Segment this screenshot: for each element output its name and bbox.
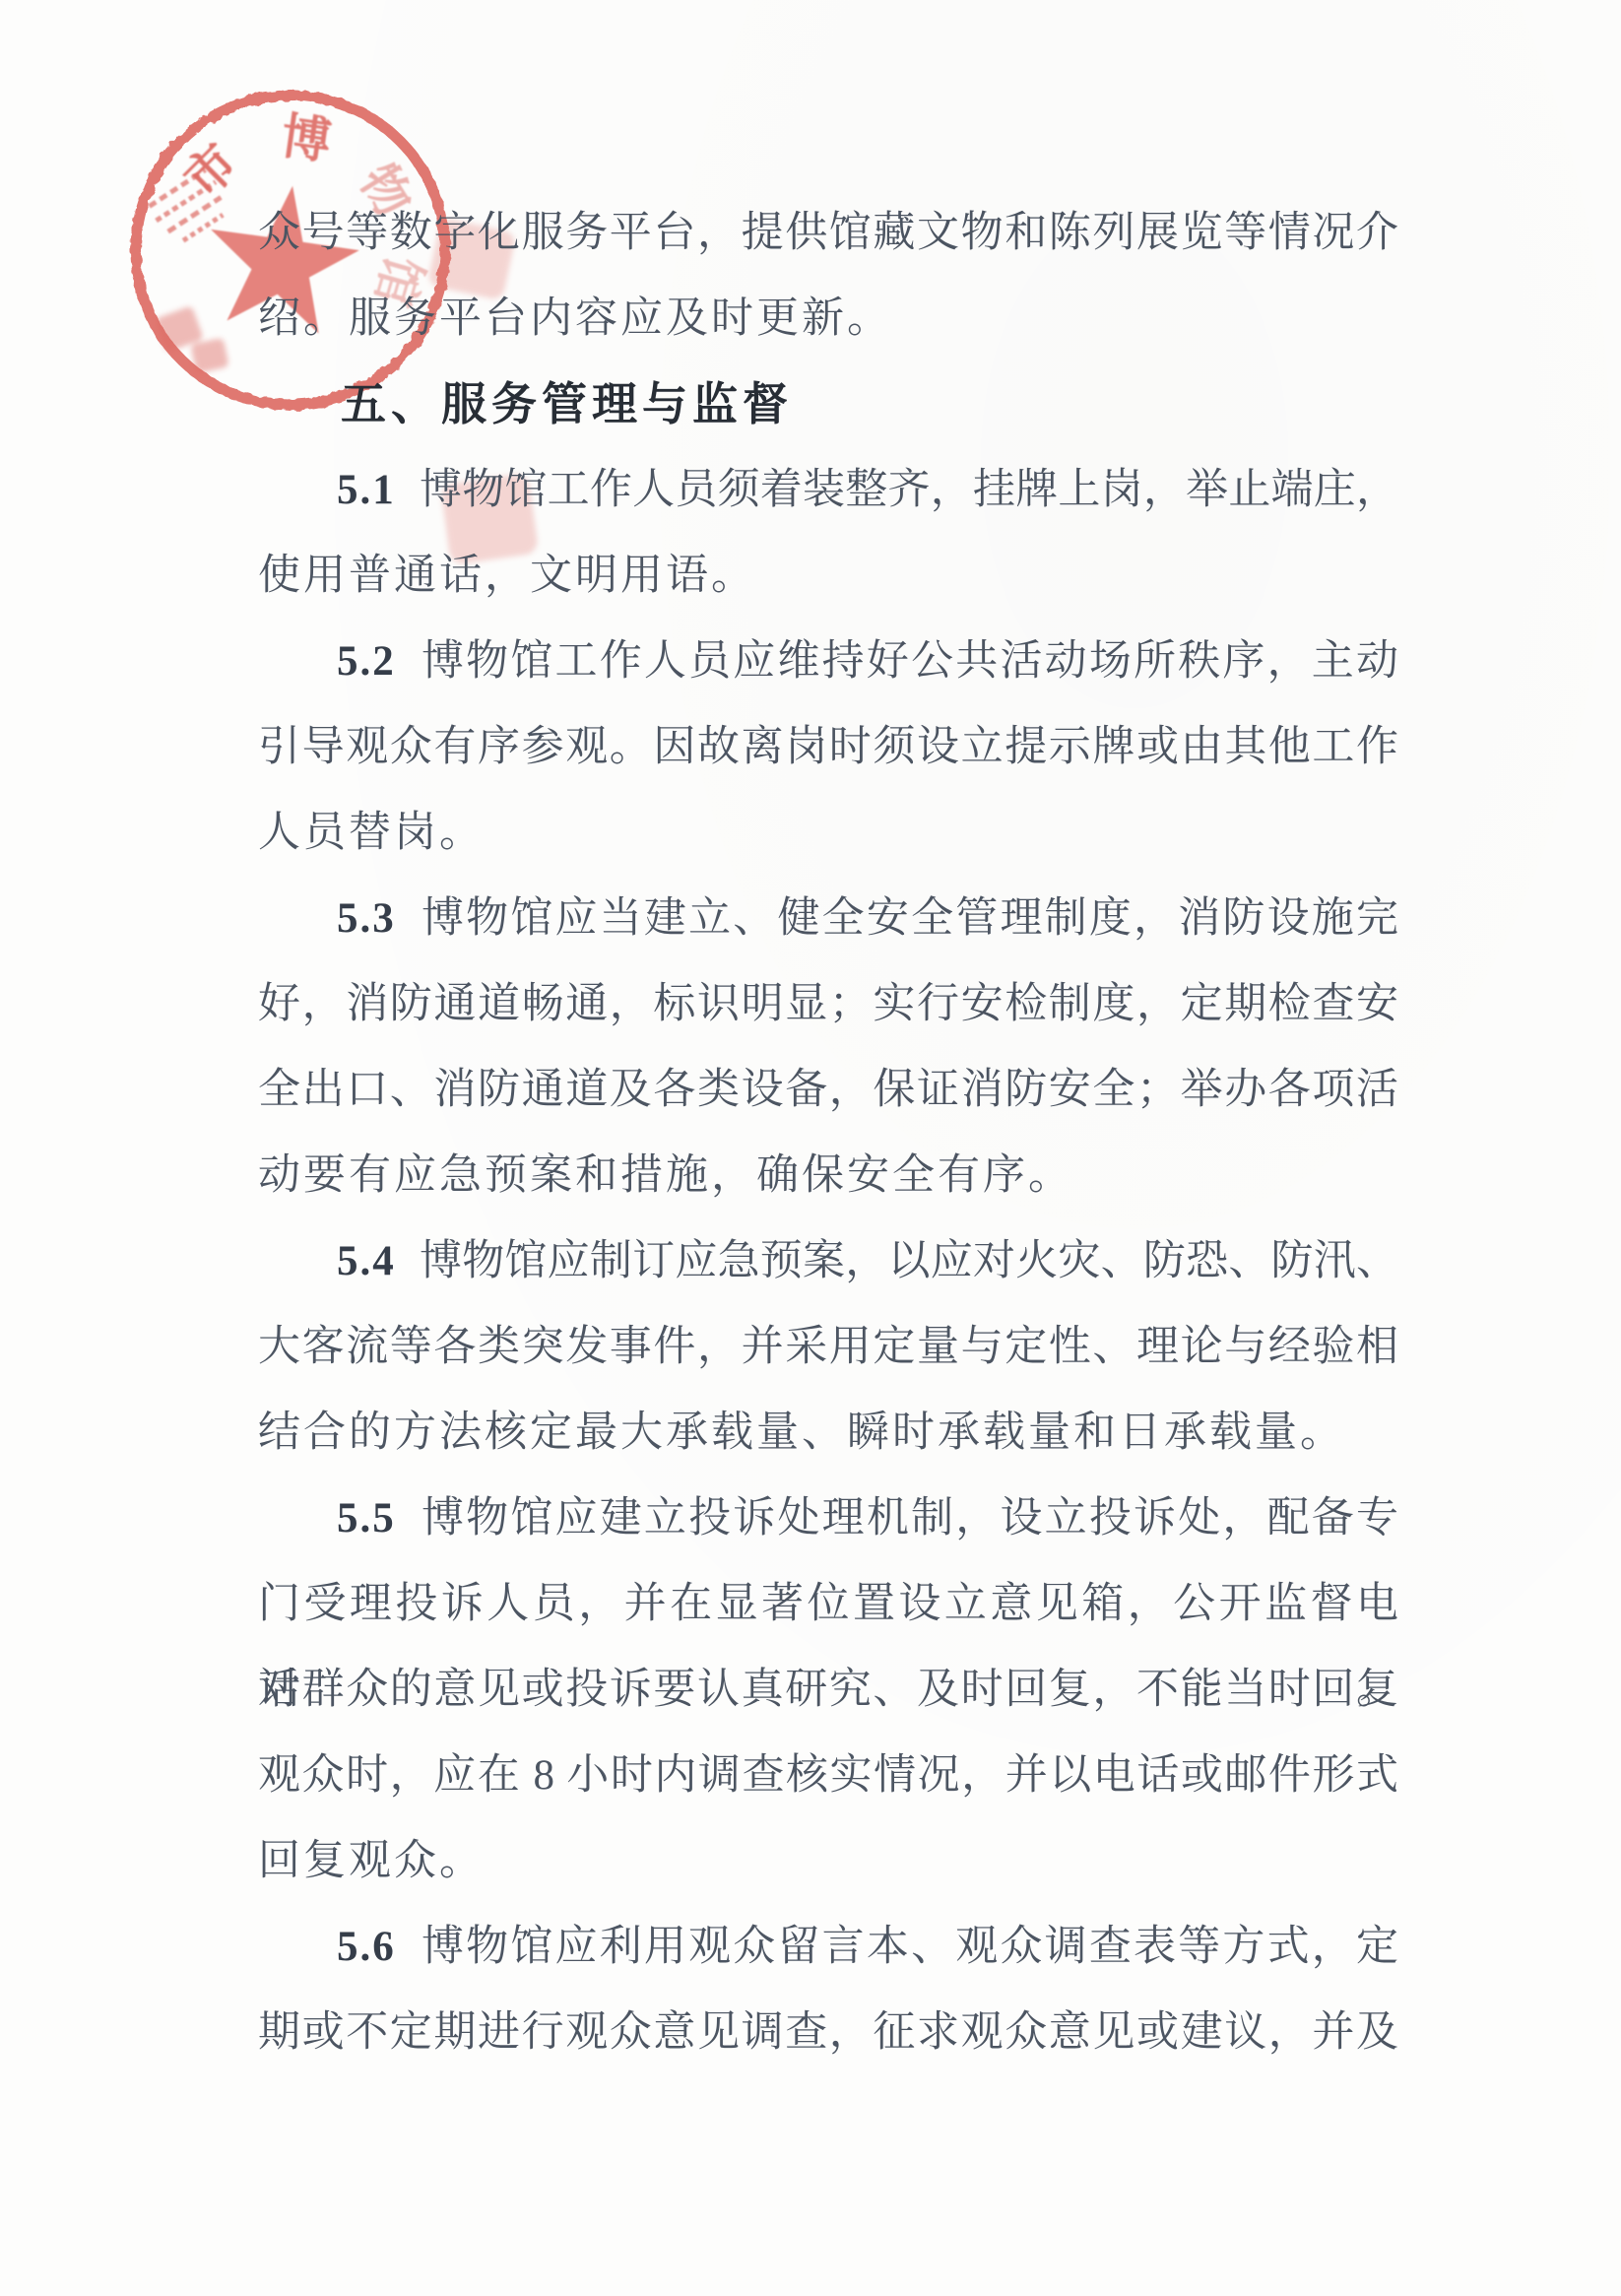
text-line: 结合的方法核定最大承载量、瞬时承载量和日承载量。 [258,1390,1398,1476]
line-text: 观众时，应在 8 小时内调查核实情况，并以电话或邮件形式 [258,1752,1398,1799]
line-text: 博物馆应利用观众留言本、观众调查表等方式，定 [420,1924,1398,1970]
text-line: 引导观众有序参观。因故离岗时须设立提示牌或由其他工作 [258,704,1398,790]
line-text: 博物馆应建立投诉处理机制，设立投诉处，配备专 [420,1495,1398,1542]
line-text: 博物馆工作人员应维持好公共活动场所秩序，主动 [420,638,1398,685]
line-text: 博物馆工作人员须着装整齐，挂牌上岗，举止端庄， [420,467,1398,513]
line-text: 回复观众。 [258,1838,485,1884]
line-text: 人员替岗。 [258,810,485,856]
line-text: 五、服务管理与监督 [341,378,793,429]
text-line: 对群众的意见或投诉要认真研究、及时回复，不能当时回复 [258,1647,1398,1733]
line-text: 使用普通话，文明用语。 [258,553,756,599]
text-line: 绍。服务平台内容应及时更新。 [258,276,1398,361]
text-line: 5.2博物馆工作人员应维持好公共活动场所秩序，主动 [258,619,1398,704]
text-line: 众号等数字化服务平台，提供馆藏文物和陈列展览等情况介 [258,190,1398,276]
line-text: 结合的方法核定最大承载量、瞬时承载量和日承载量。 [258,1410,1345,1456]
line-text: 博物馆应当建立、健全安全管理制度，消防设施完 [420,895,1398,942]
text-line: 5.5博物馆应建立投诉处理机制，设立投诉处，配备专 [258,1476,1398,1561]
seal-arc-character: 博 [278,108,334,169]
text-line: 回复观众。 [258,1818,1398,1904]
text-line: 5.1博物馆工作人员须着装整齐，挂牌上岗，举止端庄， [258,447,1398,533]
line-text: 好，消防通道畅通，标识明显；实行安检制度，定期检查安 [258,981,1398,1027]
seal-faded-mark [155,305,229,373]
text-line: 大客流等各类突发事件，并采用定量与定性、理论与经验相 [258,1304,1398,1390]
line-text: 绍。服务平台内容应及时更新。 [258,295,892,342]
document-body: 众号等数字化服务平台，提供馆藏文物和陈列展览等情况介绍。服务平台内容应及时更新。… [258,190,1398,2075]
seal-arc-character: 市 [174,134,248,208]
text-line: 门受理投诉人员，并在显著位置设立意见箱，公开监督电话。 [258,1561,1398,1647]
section-number: 5.4 [337,1238,396,1284]
text-line: 5.4博物馆应制订应急预案，以应对火灾、防恐、防汛、 [258,1218,1398,1304]
section-number: 5.1 [337,467,396,513]
line-text: 动要有应急预案和措施，确保安全有序。 [258,1152,1073,1199]
line-text: 全出口、消防通道及各类设备，保证消防安全；举办各项活 [258,1067,1398,1113]
section-number: 5.2 [337,638,396,685]
text-line: 5.3博物馆应当建立、健全安全管理制度，消防设施完 [258,876,1398,961]
scanned-document-page: 市博物馆 众号等数字化服务平台，提供馆藏文物和陈列展览等情况介绍。服务平台内容应… [0,0,1621,2296]
line-text: 引导观众有序参观。因故离岗时须设立提示牌或由其他工作 [258,724,1398,770]
text-line: 好，消防通道畅通，标识明显；实行安检制度，定期检查安 [258,961,1398,1047]
line-text: 期或不定期进行观众意见调查，征求观众意见或建议，并及 [258,2009,1398,2056]
text-line: 5.6博物馆应利用观众留言本、观众调查表等方式，定 [258,1904,1398,1990]
text-line: 期或不定期进行观众意见调查，征求观众意见或建议，并及 [258,1990,1398,2075]
section-number: 5.5 [337,1495,396,1542]
section-number: 5.6 [337,1924,396,1970]
text-line: 观众时，应在 8 小时内调查核实情况，并以电话或邮件形式 [258,1733,1398,1818]
line-text: 博物馆应制订应急预案，以应对火灾、防恐、防汛、 [420,1238,1398,1284]
section-number: 5.3 [337,895,396,942]
section-heading: 五、服务管理与监督 [258,361,1398,447]
line-text: 众号等数字化服务平台，提供馆藏文物和陈列展览等情况介 [258,210,1398,256]
line-text: 对群众的意见或投诉要认真研究、及时回复，不能当时回复 [258,1667,1398,1713]
text-line: 使用普通话，文明用语。 [258,533,1398,619]
line-text: 大客流等各类突发事件，并采用定量与定性、理论与经验相 [258,1324,1398,1370]
text-line: 全出口、消防通道及各类设备，保证消防安全；举办各项活 [258,1047,1398,1133]
text-line: 动要有应急预案和措施，确保安全有序。 [258,1133,1398,1218]
text-line: 人员替岗。 [258,790,1398,876]
seal-microtext [148,168,233,246]
